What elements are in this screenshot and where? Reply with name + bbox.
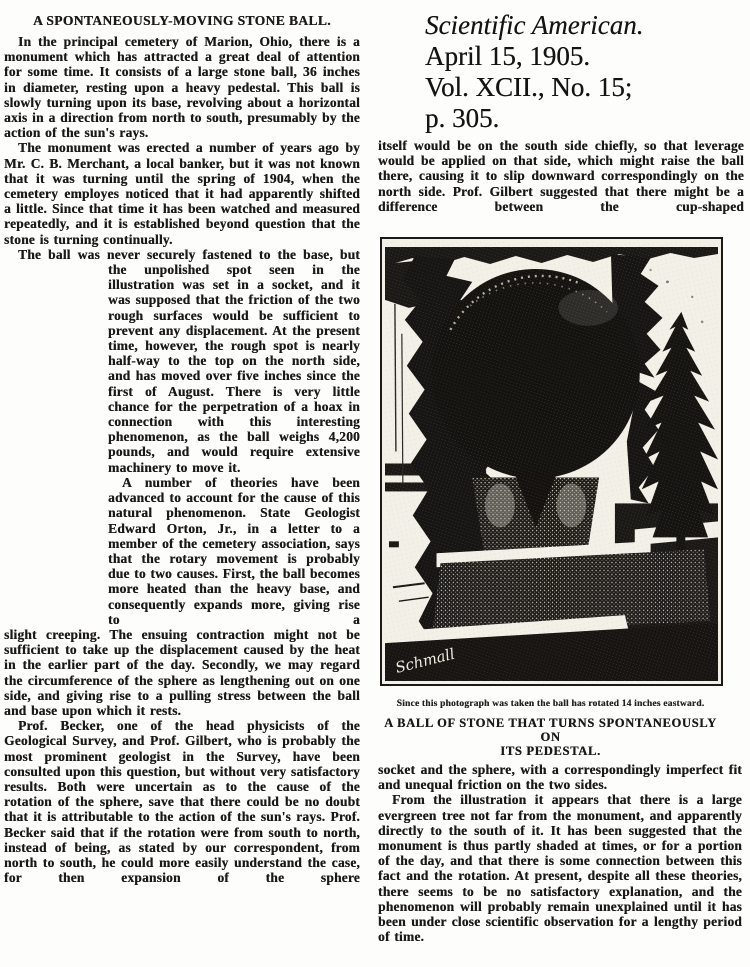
- article-paragraph-8: From the illustration it appears that th…: [378, 792, 742, 944]
- article-right-column: Scientific American. April 15, 1905. Vol…: [378, 0, 744, 967]
- article-left-column: A SPONTANEOUSLY-MOVING STONE BALL. In th…: [4, 12, 360, 885]
- figure-caption-line-2: ITS PEDESTAL.: [378, 744, 723, 758]
- article-paragraph-3-wrapped: the unpolished spot seen in the illustra…: [108, 262, 360, 475]
- text-wrap-around-figure: the unpolished spot seen in the illustra…: [108, 262, 360, 627]
- article-paragraph-4-wrapped: A number of theories have been advanced …: [108, 475, 360, 627]
- monument-photo-illustration: Schmall: [385, 242, 718, 681]
- reference-header: Scientific American. April 15, 1905. Vol…: [425, 10, 744, 134]
- volume-number: Vol. XCII., No. 15;: [425, 72, 744, 103]
- page-number: p. 305.: [425, 103, 744, 134]
- issue-date: April 15, 1905.: [425, 41, 744, 72]
- article-paragraph-1: In the principal cemetery of Marion, Ohi…: [4, 34, 360, 140]
- article-paragraph-5: Prof. Becker, one of the head physicists…: [4, 718, 360, 885]
- article-paragraph-4-continued: slight creeping. The ensuing contraction…: [4, 627, 360, 718]
- article-paragraph-7: socket and the sphere, with a correspond…: [378, 762, 742, 792]
- article-title: A SPONTANEOUSLY-MOVING STONE BALL.: [4, 12, 360, 29]
- right-column-bottom-text: socket and the sphere, with a correspond…: [378, 762, 742, 944]
- halftone-grain: [385, 242, 718, 681]
- figure-caption: A BALL OF STONE THAT TURNS SPONTANEOUSLY…: [378, 716, 723, 758]
- article-paragraph-2: The monument was erected a number of yea…: [4, 140, 360, 246]
- scanned-page: A SPONTANEOUSLY-MOVING STONE BALL. In th…: [0, 0, 750, 967]
- journal-name: Scientific American.: [425, 10, 744, 41]
- figure-caption-line-1: A BALL OF STONE THAT TURNS SPONTANEOUSLY…: [378, 716, 723, 744]
- monument-photo: Schmall: [380, 237, 723, 686]
- figure-note: Since this photograph was taken the ball…: [378, 699, 723, 709]
- article-paragraph-3-lead: The ball was never securely fastened to …: [4, 247, 360, 262]
- article-paragraph-6: itself would be on the south side chiefl…: [378, 138, 744, 214]
